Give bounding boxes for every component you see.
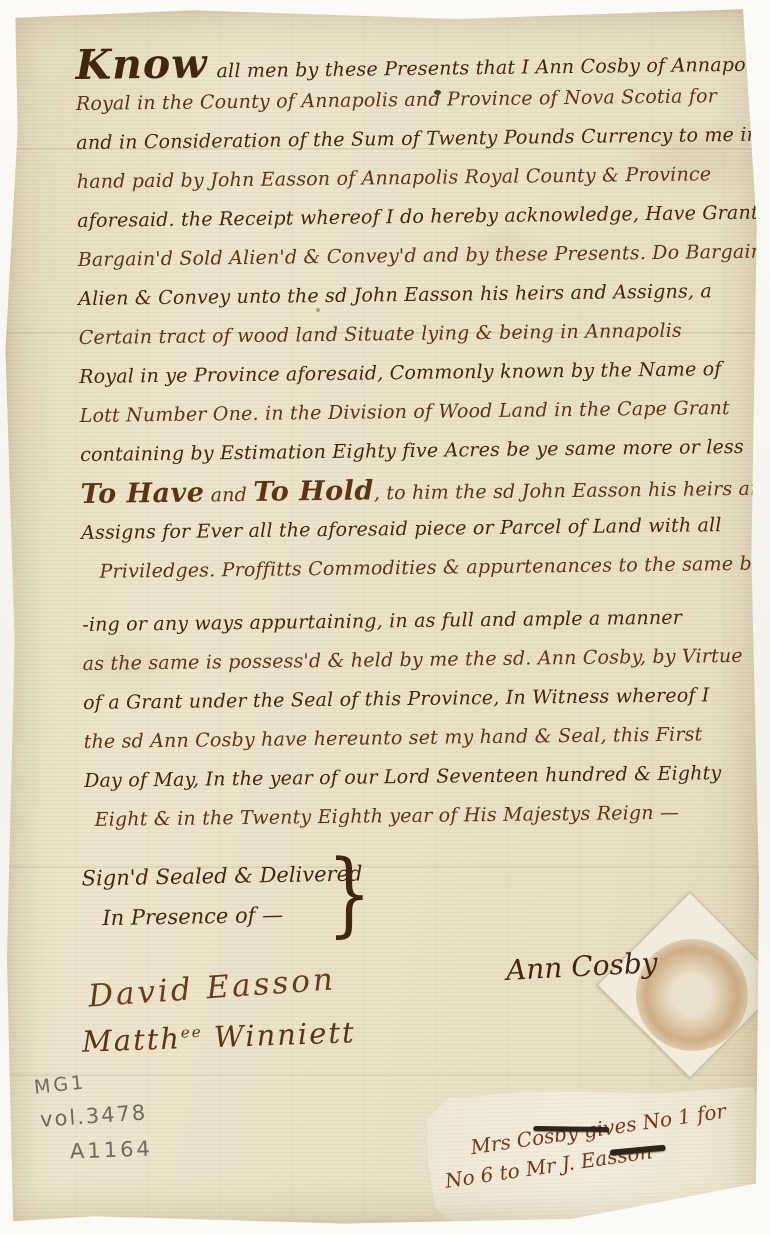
- manuscript-line: Priviledges. Proffitts Commodities & app…: [99, 545, 733, 592]
- habendum-conjunction: and: [204, 484, 253, 507]
- manuscript-page: Knowall men by these Presents that I Ann…: [4, 8, 762, 1226]
- witness-signature: David Easson: [87, 961, 337, 1014]
- witness-name-superscript: ee: [180, 1023, 202, 1042]
- habendum-rest: , to him the sd John Easson his heirs an…: [374, 477, 770, 504]
- wax-seal: [610, 905, 770, 1065]
- archive-mark-item: A1164: [70, 1137, 154, 1164]
- signed-sealed-line: Sign'd Sealed & Delivered: [81, 854, 362, 899]
- crease-line: [4, 1074, 762, 1078]
- archive-mark-volume: vol.3478: [39, 1100, 148, 1131]
- manuscript-line: Eight & in the Twenty Eighth year of His…: [94, 793, 736, 840]
- habendum-phrase: To Hold: [253, 475, 374, 507]
- witness-name-prefix: Matth: [81, 1021, 181, 1058]
- attestation-block: Sign'd Sealed & Delivered In Presence of…: [81, 854, 363, 939]
- closing-brace: }: [327, 848, 371, 940]
- witness-signature: Matthee Winniett: [81, 1015, 356, 1059]
- deed-body-text: Knowall men by these Presents that I Ann…: [75, 38, 737, 840]
- scan-background: Knowall men by these Presents that I Ann…: [0, 0, 770, 1235]
- in-presence-line: In Presence of —: [102, 894, 363, 939]
- archive-mark-fonds: MG1: [33, 1071, 87, 1098]
- witness-name-rest: Winniett: [202, 1015, 356, 1054]
- opening-word: Know: [75, 39, 208, 89]
- attached-note: Mrs Cosby gives No 1 for No 6 to Mr J. E…: [427, 1086, 770, 1235]
- habendum-phrase: To Have: [80, 477, 204, 510]
- staple-mark: [533, 1126, 609, 1132]
